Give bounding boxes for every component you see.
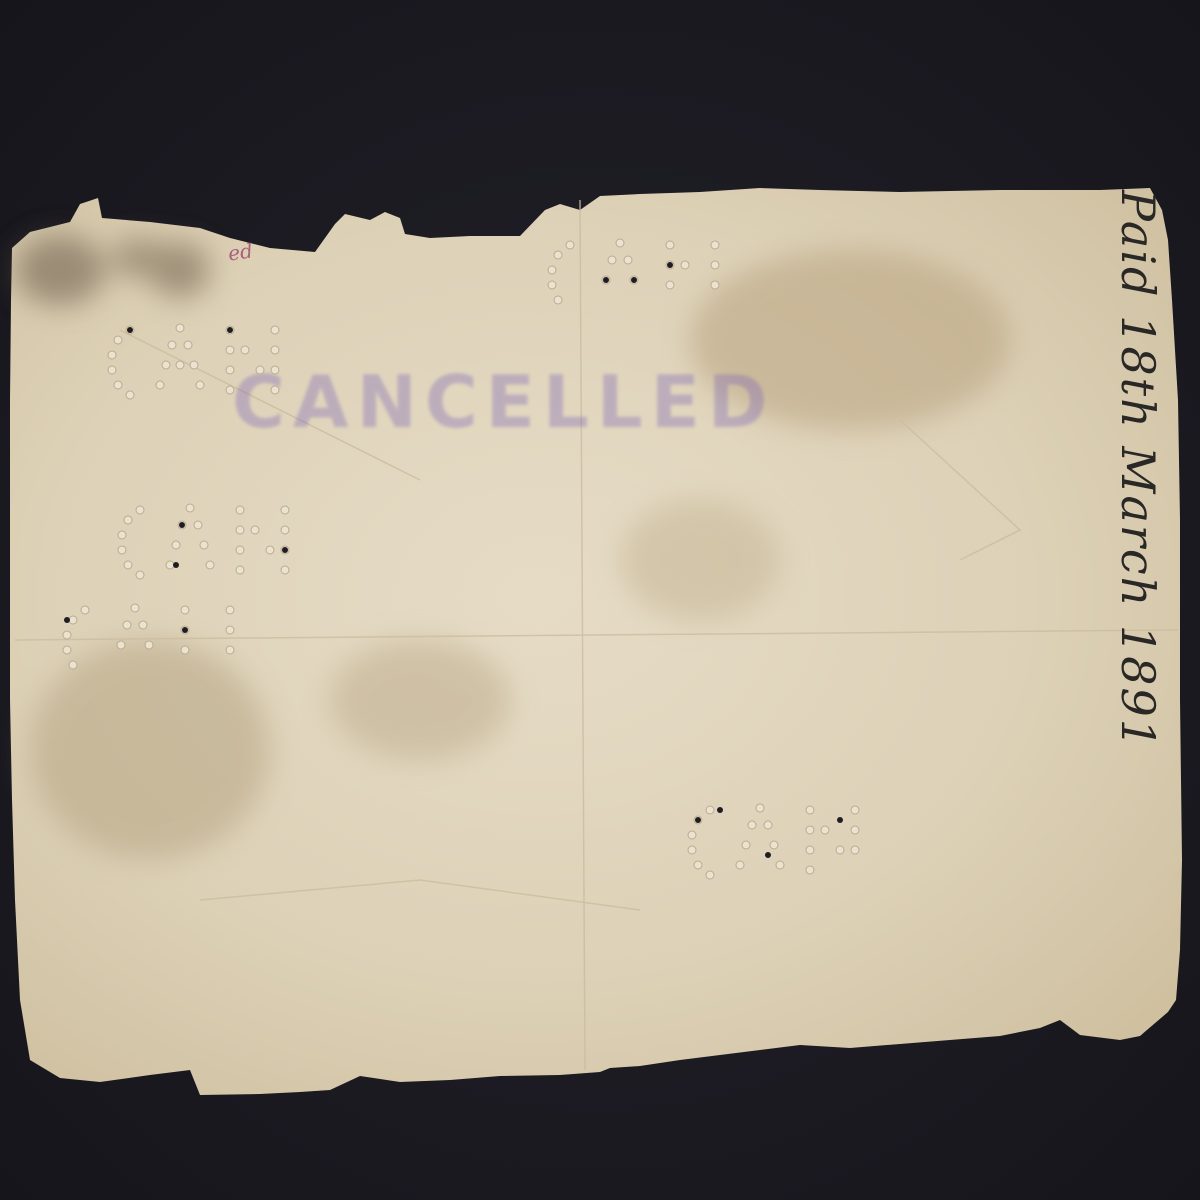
perforation-can-middle-left — [110, 500, 310, 590]
red-ink-note: ed — [226, 238, 254, 265]
perforation-can-bottom-right — [680, 800, 880, 890]
perforation-can-top-left — [100, 320, 300, 410]
handwritten-paid-date: Paid 18th March 1891 — [1111, 190, 1165, 750]
perforation-can-top-center — [540, 235, 740, 325]
perforation-can-bottom-left — [55, 600, 255, 690]
cancelled-stamp: CANCELLED — [232, 360, 776, 444]
